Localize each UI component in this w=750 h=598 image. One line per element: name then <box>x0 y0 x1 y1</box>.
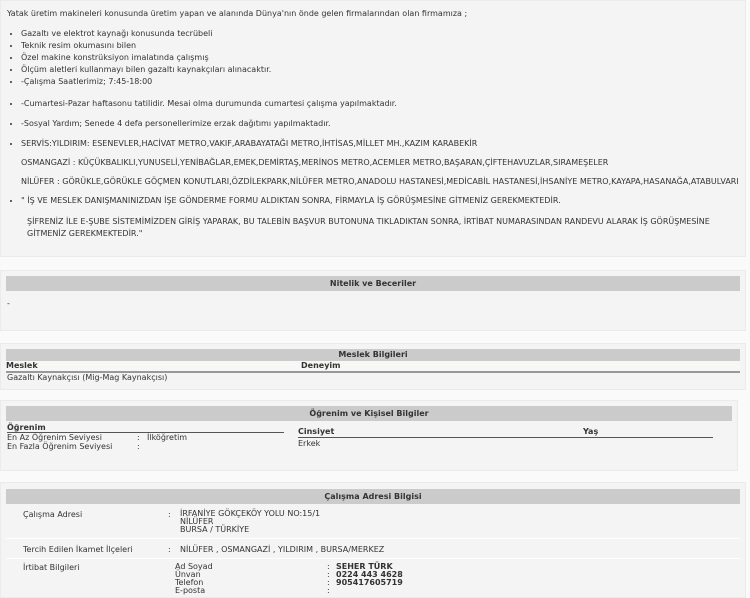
job-description-panel: Yatak üretim makineleri konusunda üretim… <box>0 0 746 257</box>
list-item: -Sosyal Yardım; Senede 4 defa personelle… <box>21 118 739 130</box>
colon: : <box>168 510 180 534</box>
contact-email-row: E-posta : <box>175 587 403 595</box>
occupation-title: Meslek Bilgileri <box>6 349 740 361</box>
contact-row: İrtibat Bilgileri Ad Soyad : SEHER TÜRK … <box>6 559 740 598</box>
colon: : <box>137 433 147 442</box>
work-address-panel: Çalışma Adresi Bilgisi Çalışma Adresi : … <box>0 482 746 598</box>
list-item: Teknik resim okumasını bilen <box>21 40 739 52</box>
notice-2: ŞİFRENİZ İLE E-ŞUBE SİSTEMİMİZDEN GİRİŞ … <box>7 216 739 240</box>
service-nilufer: NİLÜFER : GÖRÜKLE,GÖRÜKLE GÖÇMEN KONUTLA… <box>7 176 739 188</box>
list-item: -Çalışma Saatlerimiz; 7:45-18:00 <box>21 76 739 88</box>
notice-list: " İŞ VE MESLEK DANIŞMANINIZDAN İŞE GÖNDE… <box>7 195 739 207</box>
occupation-name: Gazaltı Kaynakçısı (Mig-Mag Kaynakçısı) <box>7 373 301 383</box>
notice-1: " İŞ VE MESLEK DANIŞMANINIZDAN İŞE GÖNDE… <box>21 195 739 207</box>
gender-head: Cinsiyet <box>298 427 583 437</box>
list-item: SERVİS:YILDIRIM: ESENEVLER,HACİVAT METRO… <box>21 138 739 150</box>
education-content: Öğrenim En Az Öğrenim Seviyesi : İlköğre… <box>7 423 732 451</box>
col-deneyim: Deneyim <box>301 361 340 371</box>
contact-phone-row: Telefon : 905417605719 <box>175 579 403 587</box>
work-address-value: İRFANİYE GÖKÇEKÖY YOLU NO:15/1 NİLÜFER B… <box>180 510 320 534</box>
occupation-panel: Meslek Bilgileri Meslek Deneyim Gazaltı … <box>0 343 746 390</box>
colon: : <box>168 545 180 554</box>
personal-block: Cinsiyet Yaş Erkek <box>298 427 713 451</box>
age-head: Yaş <box>583 427 598 437</box>
work-address-row: Çalışma Adresi : İRFANİYE GÖKÇEKÖY YOLU … <box>6 504 740 539</box>
education-panel: Öğrenim ve Kişisel Bilgiler Öğrenim En A… <box>0 400 738 471</box>
min-education-label: En Az Öğrenim Seviyesi <box>7 433 137 442</box>
personal-row: Erkek <box>298 438 713 450</box>
personal-head: Cinsiyet Yaş <box>298 427 713 438</box>
max-education-label: En Fazla Öğrenim Seviyesi <box>7 442 137 451</box>
table-row: Gazaltı Kaynakçısı (Mig-Mag Kaynakçısı) <box>7 373 739 383</box>
gender-value: Erkek <box>298 438 583 450</box>
contact-email-label: E-posta <box>175 587 327 595</box>
districts-label: Tercih Edilen İkamet İlçeleri <box>6 545 168 554</box>
skills-title: Nitelik ve Beceriler <box>6 276 740 291</box>
contact-label: İrtibat Bilgileri <box>6 563 175 595</box>
education-title: Öğrenim ve Kişisel Bilgiler <box>6 406 732 421</box>
skills-panel: Nitelik ve Beceriler - <box>0 270 746 331</box>
max-education-row: En Fazla Öğrenim Seviyesi : <box>7 442 284 451</box>
contact-phone-value: 905417605719 <box>336 579 403 587</box>
education-head: Öğrenim <box>7 423 284 433</box>
work-address-title: Çalışma Adresi Bilgisi <box>6 489 740 504</box>
service-osmangazi: OSMANGAZİ : KÜÇÜKBALIKLI,YUNUSELİ,YENİBA… <box>7 157 739 169</box>
list-item: Özel makine konstrüksiyon imalatında çal… <box>21 52 739 64</box>
intro-heading: Yatak üretim makineleri konusunda üretim… <box>7 8 739 20</box>
districts-row: Tercih Edilen İkamet İlçeleri : NİLÜFER … <box>6 539 740 559</box>
education-block: Öğrenim En Az Öğrenim Seviyesi : İlköğre… <box>7 423 284 451</box>
requirements-list: Gazaltı ve elektrot kaynağı konusunda te… <box>7 28 739 150</box>
list-item: Ölçüm aletleri kullanmayı bilen gazaltı … <box>21 64 739 76</box>
colon: : <box>327 587 336 595</box>
skills-value: - <box>1 291 745 316</box>
colon: : <box>137 442 147 451</box>
contact-details: Ad Soyad : SEHER TÜRK Ünvan : 0224 443 4… <box>175 563 403 595</box>
list-item: -Cumartesi-Pazar haftasonu tatilidir. Me… <box>21 98 739 110</box>
occupation-table-header: Meslek Deneyim <box>6 361 740 373</box>
min-education-row: En Az Öğrenim Seviyesi : İlköğretim <box>7 433 284 442</box>
address-line: BURSA / TÜRKİYE <box>180 526 320 534</box>
col-meslek: Meslek <box>6 361 301 371</box>
list-item: Gazaltı ve elektrot kaynağı konusunda te… <box>21 28 739 40</box>
work-address-label: Çalışma Adresi <box>6 510 168 534</box>
districts-value: NİLÜFER , OSMANGAZİ , YILDIRIM , BURSA/M… <box>180 545 384 554</box>
min-education-value: İlköğretim <box>147 433 187 442</box>
